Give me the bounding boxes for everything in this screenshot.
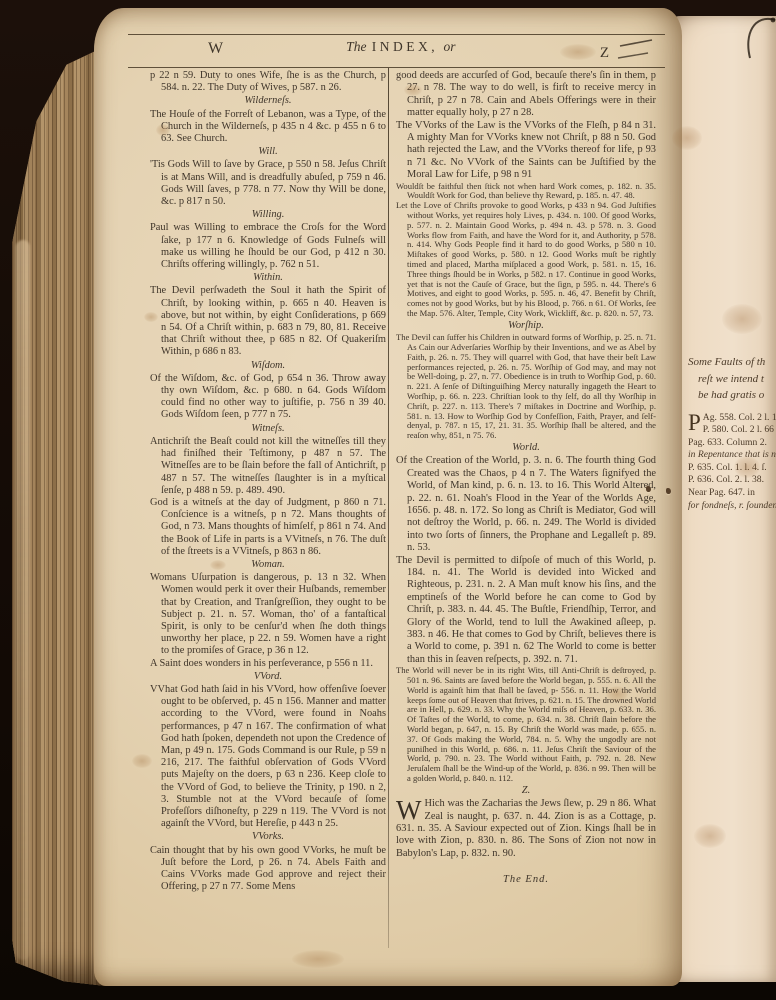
index-column-right: good deeds are accurſed of God, becauſe … — [396, 70, 656, 887]
index-entry: Womans Uſurpation is dangerous, p. 13 n … — [150, 572, 386, 657]
errata-line: in Repentance that is n — [688, 449, 776, 462]
index-entry: Wouldſt be faithful then ſtick not when … — [396, 182, 656, 202]
index-entry: The Devil is permitted to diſpoſe of muc… — [396, 555, 656, 667]
fore-edge-highlight — [16, 240, 30, 960]
end-mark: The End. — [396, 874, 656, 886]
index-entry: WHich was the Zacharias the Jews ſlew, p… — [396, 798, 656, 860]
errata-line: Pag. 633. Column 2. — [688, 437, 776, 450]
index-entry: VVhat God hath ſaid in his VVord, how of… — [150, 684, 386, 830]
worm-hole — [666, 488, 671, 494]
header-letter-w: W — [208, 40, 223, 58]
index-entry: God is a witneſs at the day of Judgment,… — [150, 497, 386, 558]
index-section-heading: Worſhip. — [396, 320, 656, 332]
worm-hole — [646, 486, 651, 492]
drop-cap: W — [396, 798, 424, 821]
index-entry: Antichriſt the Beaſt could not kill the … — [150, 436, 386, 497]
drop-cap: P — [688, 412, 703, 433]
index-entry: good deeds are accurſed of God, becauſe … — [396, 70, 656, 120]
index-entry: A Saint does wonders in his perſeverance… — [150, 658, 386, 670]
errata-line: P. 635. Col. 1. l. 4. ſ. — [688, 462, 776, 475]
index-entry: Paul was Willing to embrace the Croſs fo… — [150, 222, 386, 271]
errata-line: PAg. 558. Col. 2 l. 18. — [688, 412, 776, 425]
page-header: W The INDEX, or Z — [128, 34, 665, 68]
title-the: The — [346, 39, 366, 54]
errata-line: P. 636. Col. 2. l. 38. — [688, 474, 776, 487]
index-section-heading: Willing. — [150, 209, 386, 221]
errata-heading-line: Some Faults of th — [688, 354, 776, 371]
index-entry: The Devil perſwadeth the Soul it hath th… — [150, 285, 386, 358]
errata-line: Near Pag. 647. in — [688, 487, 776, 500]
index-entry: The Houſe of the Forreſt of Lebanon, was… — [150, 109, 386, 146]
errata-line: for fondneſs, r. ſounden — [688, 500, 776, 513]
errata-block: Some Faults of threſt we intend tbe had … — [688, 354, 776, 512]
index-entry: The Devil can ſuffer his Children in out… — [396, 333, 656, 441]
book-photo: Some Faults of threſt we intend tbe had … — [0, 0, 776, 1000]
header-letter-z: Z — [600, 45, 609, 62]
index-entry: 'Tis Gods Will to ſave by Grace, p 550 n… — [150, 159, 386, 208]
index-column-left: p 22 n 59. Duty to ones Wife, ſhe is as … — [150, 70, 386, 893]
index-entry: Cain thought that by his own good VVorks… — [150, 845, 386, 894]
index-section-heading: Z. — [396, 785, 656, 797]
errata-heading-line: reſt we intend t — [688, 371, 776, 388]
index-entry: p 22 n 59. Duty to ones Wife, ſhe is as … — [150, 70, 386, 94]
index-section-heading: World. — [396, 442, 656, 454]
index-entry: The World will never be in its right Wit… — [396, 666, 656, 784]
page-title: The INDEX, or — [346, 39, 455, 55]
index-entry: Let the Love of Chriſts provoke to good … — [396, 201, 656, 319]
title-or: or — [444, 39, 456, 54]
index-entry: Of the Creation of the World, p. 3. n. 6… — [396, 455, 656, 554]
index-section-heading: Within. — [150, 272, 386, 284]
index-section-heading: Woman. — [150, 559, 386, 571]
index-entry: Of the Wiſdom, &c. of God, p 654 n 36. T… — [150, 373, 386, 422]
index-section-heading: Wiſdom. — [150, 360, 386, 372]
errata-heading-line: be had gratis o — [688, 387, 776, 404]
title-index: INDEX, — [372, 39, 438, 54]
index-section-heading: Will. — [150, 146, 386, 158]
index-section-heading: Witneſs. — [150, 423, 386, 435]
index-entry: The VVorks of the Law is the VVorks of t… — [396, 120, 656, 182]
index-section-heading: VVord. — [150, 671, 386, 683]
column-divider-rule — [388, 68, 389, 948]
index-section-heading: Wilderneſs. — [150, 95, 386, 107]
index-section-heading: VVorks. — [150, 831, 386, 843]
